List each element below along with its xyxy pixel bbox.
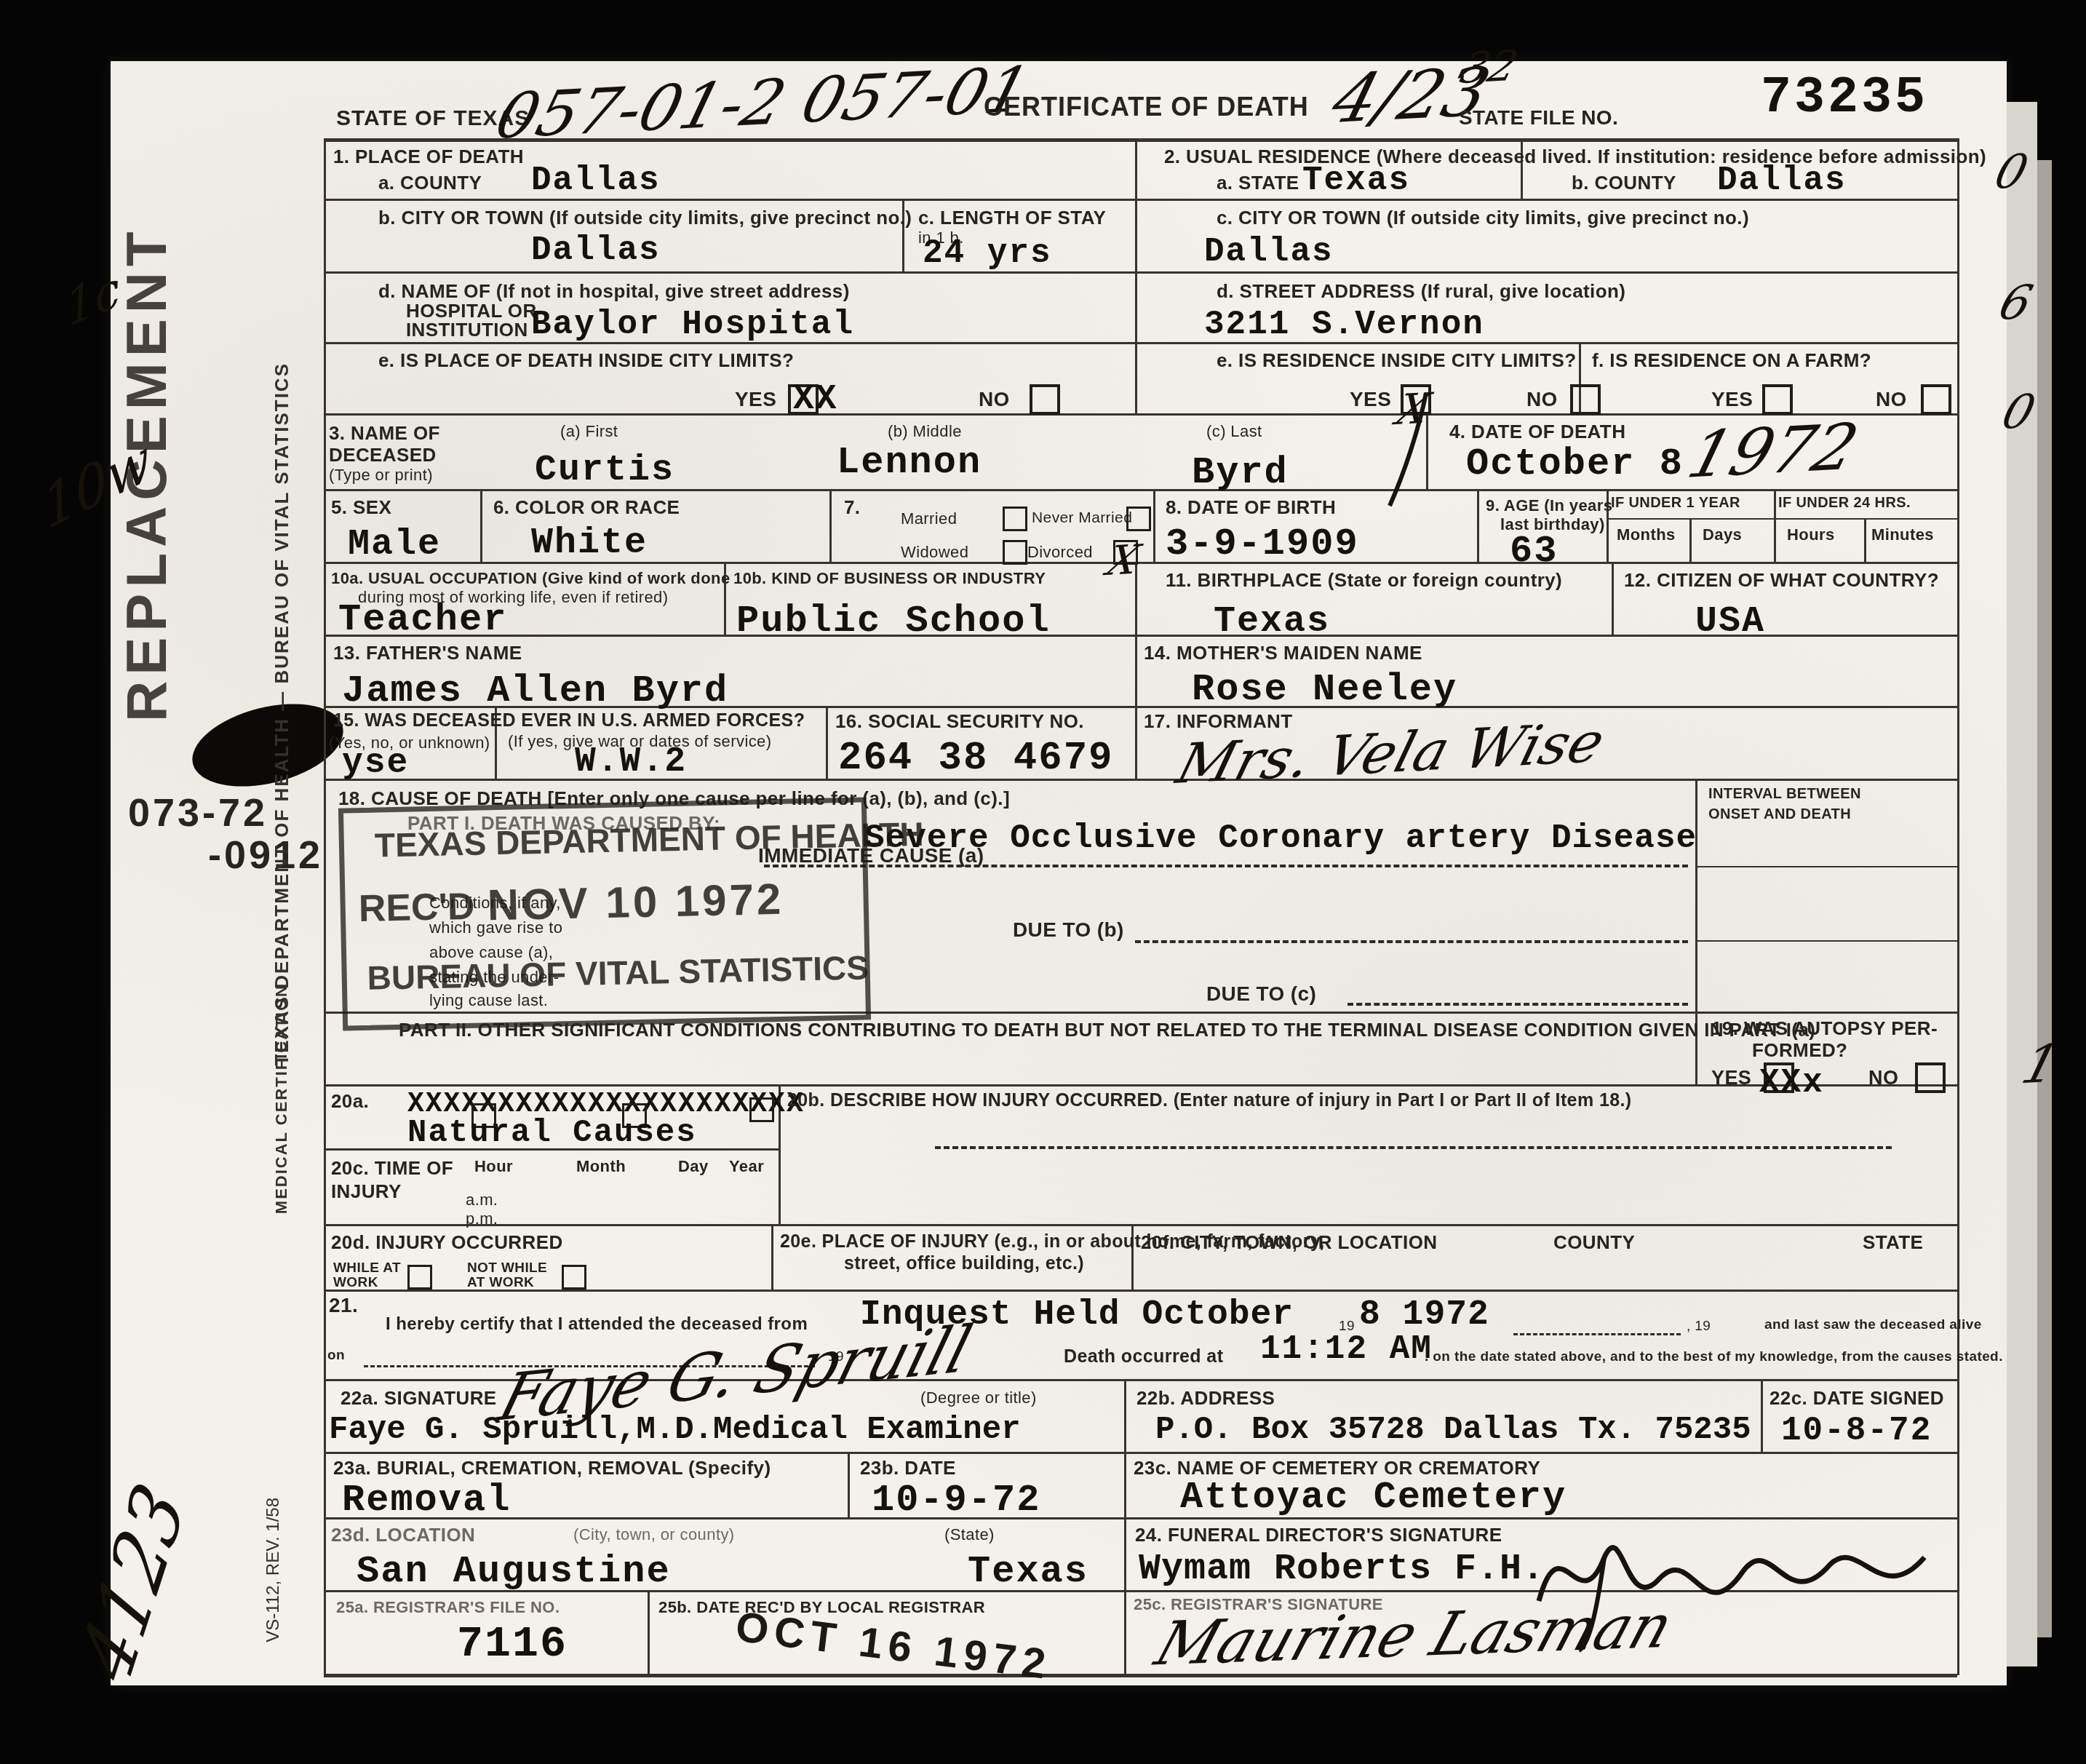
burial-value: Removal	[342, 1479, 511, 1522]
divider-line	[1135, 138, 1137, 413]
immediate-cause-value: Severe Occlusive Coronary artery Disease	[864, 819, 1697, 857]
stamp-date: NOV 10 1972	[487, 874, 784, 931]
social-security-label: 16. SOCIAL SECURITY NO.	[835, 710, 1084, 733]
kind-of-business-label: 10b. KIND OF BUSINESS OR INDUSTRY	[733, 569, 1046, 588]
hour-label: Hour	[474, 1157, 513, 1176]
interval-label-2: ONSET AND DEATH	[1708, 806, 1851, 823]
divorced-label: Divorced	[1027, 543, 1093, 562]
war-service-value: W.W.2	[575, 742, 687, 782]
fathers-name-label: 13. FATHER'S NAME	[333, 642, 522, 664]
marital-status-label: 7.	[844, 496, 860, 519]
divider-line	[1957, 138, 1959, 1675]
street-address-value: 3211 S.Vernon	[1204, 306, 1484, 343]
am-label: a.m.	[466, 1191, 498, 1209]
date-of-birth-label: 8. DATE OF BIRTH	[1166, 496, 1336, 519]
day-label: Day	[678, 1157, 709, 1176]
stacked-sheet-edge-2	[2037, 160, 2052, 1637]
pen-stroke	[1382, 393, 1470, 509]
place-of-injury-label-2: street, office building, etc.)	[844, 1253, 1084, 1274]
divider-line	[324, 1290, 1957, 1292]
minutes-label: Minutes	[1871, 525, 1934, 544]
stamp-line-1: TEXAS DEPARTMENT OF HEALTH	[374, 814, 924, 865]
divider-line	[1607, 518, 1957, 520]
first-name-label: (a) First	[560, 422, 618, 441]
date-of-death-label: 4. DATE OF DEATH	[1449, 421, 1625, 443]
margin-code-2: -0912	[208, 833, 323, 878]
registrar-file-no-value: 7116	[457, 1620, 568, 1669]
time-of-injury-label-2: INJURY	[331, 1180, 402, 1203]
natural-causes-value: Natural Causes	[407, 1115, 697, 1151]
residence-state-value: Texas	[1302, 162, 1410, 199]
divider-line	[829, 489, 832, 562]
widowed-label: Widowed	[901, 543, 968, 562]
burial-cremation-label: 23a. BURIAL, CREMATION, REMOVAL (Specify…	[333, 1457, 771, 1479]
county-value: Dallas	[531, 162, 661, 199]
degree-or-title-label: (Degree or title)	[920, 1388, 1037, 1407]
work-label: WORK	[333, 1275, 378, 1291]
county-header-label: COUNTY	[1553, 1231, 1635, 1254]
death-time-typed: 11:12 AM	[1260, 1330, 1433, 1368]
name-of-deceased-label-3: (Type or print)	[329, 466, 433, 485]
yes-label: YES	[1711, 388, 1753, 411]
occupation-value: Teacher	[338, 598, 507, 641]
divider-line	[1124, 1517, 1126, 1590]
place-of-death-label: 1. PLACE OF DEATH	[333, 146, 524, 168]
divider-line	[1695, 940, 1957, 942]
yes-checkbox	[1762, 384, 1793, 415]
length-of-stay-label: c. LENGTH OF STAY	[918, 207, 1106, 229]
date-of-death-handwritten-year: 1972	[1680, 409, 1866, 493]
yes-label: YES	[1711, 1067, 1751, 1089]
due-to-b-label: DUE TO (b)	[1013, 918, 1124, 942]
address-value: P.O. Box 35728 Dallas Tx. 75235	[1155, 1412, 1751, 1448]
injury-occurred-label: 20d. INJURY OCCURRED	[331, 1231, 563, 1254]
field-20a-label: 20a.	[331, 1090, 369, 1113]
city-value: Dallas	[531, 231, 661, 269]
no-label: NO	[1526, 388, 1558, 411]
date-of-birth-value: 3-9-1909	[1166, 523, 1359, 565]
cause-b-underline	[1135, 940, 1688, 943]
divider-line	[1774, 489, 1776, 562]
mothers-maiden-name-label: 14. MOTHER'S MAIDEN NAME	[1144, 642, 1422, 664]
certify-text-2: . on the date stated above, and to the b…	[1425, 1349, 2003, 1365]
divider-line	[1864, 518, 1866, 562]
examiner-typed-name: Faye G. Spruill,M.D.Medical Examiner	[329, 1412, 1021, 1448]
stamp-line-3: BUREAU OF VITAL STATISTICS	[367, 947, 869, 997]
yes-label: YES	[735, 388, 776, 411]
divider-line	[1124, 1379, 1126, 1452]
not-while-label: NOT WHILE	[467, 1260, 547, 1276]
residence-on-farm-label: f. IS RESIDENCE ON A FARM?	[1592, 349, 1871, 372]
residence-city-label: c. CITY OR TOWN (If outside city limits,…	[1217, 207, 1749, 229]
no-checkbox	[1570, 384, 1601, 415]
hours-label: Hours	[1787, 525, 1835, 544]
no-checkbox	[1921, 384, 1951, 415]
medical-certification-vertical-text: MEDICAL CERTIFICATION	[272, 984, 291, 1214]
citizen-value: USA	[1695, 601, 1765, 643]
autopsy-yes-mark: XXx	[1759, 1064, 1824, 1102]
stacked-sheet-edge	[2007, 102, 2037, 1666]
field-21-number: 21.	[329, 1294, 358, 1317]
usual-residence-label: 2. USUAL RESIDENCE (Where deceased lived…	[1164, 146, 1986, 168]
stamp-recd: REC'D	[358, 885, 475, 931]
interval-label-1: INTERVAL BETWEEN	[1708, 786, 1861, 803]
business-value: Public School	[736, 600, 1051, 643]
while-at-work-checkbox	[407, 1265, 432, 1290]
state-header-label: STATE	[1863, 1231, 1923, 1254]
divider-line	[1612, 562, 1614, 635]
length-of-stay-value: 24 yrs	[923, 234, 1052, 272]
state-file-no-label: STATE FILE NO.	[1459, 106, 1618, 130]
divider-line	[324, 1224, 1957, 1226]
certify-typed-date: 8 1972	[1359, 1295, 1489, 1335]
divider-line	[771, 1224, 773, 1290]
department-vertical-text: TEXAS DEPARTMENT OF HEALTH — BUREAU OF V…	[271, 362, 293, 1066]
divider-line	[324, 413, 1957, 416]
burial-date-label: 23b. DATE	[860, 1457, 956, 1479]
divider-line	[1135, 706, 1137, 779]
leader-line	[1513, 1333, 1681, 1335]
certify-text-1: I hereby certify that I attended the dec…	[386, 1314, 808, 1335]
signature-label: 22a. SIGNATURE	[341, 1387, 497, 1410]
divider-line	[848, 1452, 850, 1517]
name-of-deceased-label: 3. NAME OF	[329, 422, 440, 445]
received-stamp: TEXAS DEPARTMENT OF HEALTH REC'D NOV 10 …	[338, 797, 871, 1030]
armed-forces-value: yse	[342, 744, 409, 783]
month-label: Month	[576, 1157, 626, 1176]
time-of-injury-label: 20c. TIME OF	[331, 1157, 453, 1180]
if-under-1-year-label: IF UNDER 1 YEAR	[1611, 495, 1740, 512]
middle-name-label: (b) Middle	[888, 422, 962, 441]
divider-line	[1153, 489, 1155, 562]
comma-19: , 19	[1687, 1319, 1711, 1335]
last-name-label: (c) Last	[1206, 422, 1262, 441]
residence-city-value: Dallas	[1204, 233, 1334, 271]
address-label: 22b. ADDRESS	[1136, 1387, 1275, 1410]
divider-line	[324, 1674, 1957, 1677]
location-city-value: San Augustine	[357, 1550, 671, 1593]
if-under-24-hrs-label: IF UNDER 24 HRS.	[1778, 495, 1911, 512]
autopsy-label-1: 19. WAS AUTOPSY PER-	[1711, 1017, 1938, 1040]
no-label: NO	[979, 388, 1010, 411]
residence-inside-limits-label: e. IS RESIDENCE INSIDE CITY LIMITS?	[1217, 349, 1577, 372]
street-address-label: d. STREET ADDRESS (If rural, give locati…	[1217, 280, 1625, 303]
death-certificate-scan: REPLACEMENT 073-72 -0912 1c 10w 4123 TEX…	[0, 0, 2086, 1764]
autopsy-no-checkbox	[1915, 1062, 1946, 1093]
divider-line	[1761, 1379, 1763, 1452]
homicide-checkbox	[749, 1097, 774, 1122]
days-label: Days	[1703, 525, 1742, 544]
city-town-county-sublabel: (City, town, or county)	[573, 1525, 735, 1544]
months-label: Months	[1617, 525, 1676, 544]
usual-occupation-label: 10a. USUAL OCCUPATION (Give kind of work…	[331, 569, 731, 588]
cemetery-value: Attoyac Cemetery	[1180, 1476, 1567, 1519]
divider-line	[480, 489, 482, 562]
funeral-home-typed: Wymam Roberts F.H.	[1139, 1549, 1545, 1590]
married-checkbox	[1003, 506, 1027, 531]
middle-name-value: Lennon	[837, 441, 982, 484]
burial-date-value: 10-9-72	[872, 1479, 1040, 1522]
divider-line	[324, 271, 1957, 274]
state-file-number: 73235	[1761, 70, 1928, 127]
color-or-race-label: 6. COLOR OR RACE	[493, 496, 680, 519]
armed-forces-label: 15. WAS DECEASED EVER IN U.S. ARMED FORC…	[333, 710, 805, 731]
form-number-vertical-text: VS-112, REV. 1/58	[263, 1498, 284, 1642]
mothers-maiden-name-value: Rose Neeley	[1192, 668, 1457, 711]
race-value: White	[531, 523, 648, 564]
divider-line	[324, 1452, 1957, 1454]
divider-line	[1124, 1590, 1126, 1674]
age-label: 9. AGE (In years	[1486, 496, 1612, 515]
birthplace-value: Texas	[1214, 601, 1330, 643]
fathers-name-value: James Allen Byrd	[342, 670, 728, 712]
autopsy-label-2: FORMED?	[1752, 1039, 1847, 1062]
citizen-label: 12. CITIZEN OF WHAT COUNTRY?	[1624, 569, 1939, 592]
never-married-label: Never Married	[1032, 509, 1132, 527]
date-of-death-typed: October 8	[1466, 442, 1684, 485]
last-name-value: Byrd	[1192, 451, 1289, 494]
sex-label: 5. SEX	[331, 496, 391, 519]
sex-value: Male	[348, 524, 441, 565]
cause-c-underline	[1347, 1003, 1688, 1006]
divider-line	[1695, 866, 1957, 867]
location-state-value: Texas	[968, 1550, 1088, 1593]
divider-line	[324, 779, 1957, 781]
age-value: 63	[1510, 530, 1558, 573]
married-label: Married	[901, 509, 957, 528]
divider-line	[1689, 518, 1692, 562]
divider-line	[1124, 1452, 1126, 1517]
divider-line	[324, 138, 326, 1675]
part2-label: PART II. OTHER SIGNIFICANT CONDITIONS CO…	[399, 1019, 1815, 1041]
widowed-checkbox	[1003, 540, 1027, 565]
certificate-title: CERTIFICATE OF DEATH	[984, 92, 1309, 122]
field-20b-label: 20b. DESCRIBE HOW INJURY OCCURRED. (Ente…	[787, 1090, 1632, 1111]
hospital-name-label-3: INSTITUTION	[406, 319, 528, 341]
never-married-checkbox	[1126, 506, 1151, 531]
due-to-c-label: DUE TO (c)	[1206, 982, 1316, 1006]
state-sublabel: (State)	[944, 1525, 995, 1544]
hospital-value: Baylor Hospital	[531, 306, 854, 343]
inside-city-limits-label: e. IS PLACE OF DEATH INSIDE CITY LIMITS?	[378, 349, 794, 372]
date-signed-label: 22c. DATE SIGNED	[1769, 1387, 1944, 1410]
margin-code-1: 073-72	[128, 790, 268, 835]
year-label: Year	[729, 1157, 764, 1176]
date-signed-value: 10-8-72	[1781, 1412, 1932, 1450]
first-name-value: Curtis	[535, 450, 674, 491]
residence-county-value: Dallas	[1717, 162, 1847, 199]
pm-label: p.m.	[466, 1209, 498, 1228]
divider-line	[1135, 562, 1137, 706]
birthplace-label: 11. BIRTHPLACE (State or foreign country…	[1166, 569, 1562, 592]
divider-line	[648, 1590, 650, 1674]
residence-county-label: b. COUNTY	[1572, 172, 1676, 194]
city-town-location-label: 20f. CITY, TOWN, OR LOCATION	[1141, 1231, 1437, 1254]
registrar-file-no-label: 25a. REGISTRAR'S FILE NO.	[336, 1598, 560, 1617]
no-label: NO	[1876, 388, 1907, 411]
social-security-value: 264 38 4679	[838, 736, 1113, 781]
divider-line	[324, 138, 1957, 142]
city-or-town-label: b. CITY OR TOWN (If outside city limits,…	[378, 207, 912, 229]
certify-on: on	[327, 1348, 345, 1364]
while-at-label: WHILE AT	[333, 1260, 401, 1276]
yes-mark: XX	[793, 380, 838, 419]
no-checkbox	[1030, 384, 1060, 415]
location-label: 23d. LOCATION	[331, 1524, 475, 1546]
divider-line	[1477, 489, 1479, 562]
no-label: NO	[1868, 1067, 1898, 1089]
at-work-label: AT WORK	[467, 1275, 534, 1291]
certify-text-tail: and last saw the deceased alive	[1764, 1317, 1982, 1333]
death-occurred-at-label: Death occurred at	[1064, 1346, 1223, 1367]
field-20b-underline	[935, 1146, 1892, 1149]
cause-a-underline	[764, 865, 1688, 867]
funeral-director-label: 24. FUNERAL DIRECTOR'S SIGNATURE	[1135, 1524, 1502, 1546]
divider-line	[826, 706, 828, 779]
name-of-deceased-label-2: DECEASED	[329, 444, 437, 466]
county-label: a. COUNTY	[378, 172, 482, 194]
not-while-at-work-checkbox	[562, 1265, 586, 1290]
residence-state-label: a. STATE	[1217, 172, 1299, 194]
